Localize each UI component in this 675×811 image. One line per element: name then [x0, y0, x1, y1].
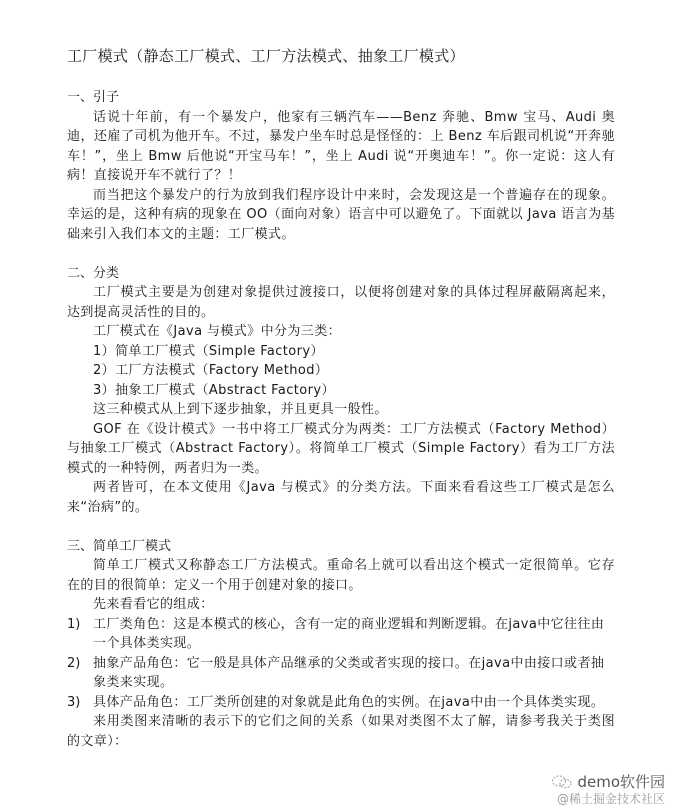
- section-heading: 一、引子: [67, 88, 615, 108]
- list-text: 具体产品角色：工厂类所创建的对象就是此角色的实例。在java中由一个具体类实现。: [93, 693, 615, 713]
- paragraph: 话说十年前，有一个暴发户，他家有三辆汽车——Benz 奔驰、Bmw 宝马、Aud…: [67, 108, 615, 186]
- section-heading: 二、分类: [67, 264, 615, 284]
- spacer: [67, 244, 615, 264]
- section-heading: 三、简单工厂模式: [67, 537, 615, 557]
- watermark-brand-row: demo软件园: [551, 773, 665, 791]
- spacer: [67, 517, 615, 537]
- paragraph: 简单工厂模式又称静态工厂方法模式。重命名上就可以看出这个模式一定很简单。它存在的…: [67, 556, 615, 595]
- paragraph: 这三种模式从上到下逐步抽象，并且更具一般性。: [67, 400, 615, 420]
- list-text: 工厂类角色：这是本模式的核心，含有一定的商业逻辑和判断逻辑。在java中它往往由…: [93, 615, 615, 654]
- document-title: 工厂模式（静态工厂模式、工厂方法模式、抽象工厂模式）: [67, 45, 615, 67]
- watermark-brand: demo软件园: [577, 773, 665, 791]
- category-item: 2）工厂方法模式（Factory Method）: [67, 361, 615, 381]
- numbered-list-item: 2) 抽象产品角色：它一般是具体产品继承的父类或者实现的接口。在java中由接口…: [67, 654, 615, 693]
- numbered-list-item: 1) 工厂类角色：这是本模式的核心，含有一定的商业逻辑和判断逻辑。在java中它…: [67, 615, 615, 654]
- list-text: 抽象产品角色：它一般是具体产品继承的父类或者实现的接口。在java中由接口或者抽…: [93, 654, 615, 693]
- wechat-icon: [551, 775, 573, 789]
- section-simple-factory: 三、简单工厂模式 简单工厂模式又称静态工厂方法模式。重命名上就可以看出这个模式一…: [67, 537, 615, 752]
- numbered-list-item: 3) 具体产品角色：工厂类所创建的对象就是此角色的实例。在java中由一个具体类…: [67, 693, 615, 713]
- paragraph: 工厂模式主要是为创建对象提供过渡接口，以便将创建对象的具体过程屏蔽隔离起来，达到…: [67, 283, 615, 322]
- watermark: demo软件园 @稀土掘金技术社区: [551, 773, 665, 807]
- paragraph: 两者皆可，在本文使用《Java 与模式》的分类方法。下面来看看这些工厂模式是怎么…: [67, 478, 615, 517]
- category-item: 1）简单工厂模式（Simple Factory）: [67, 342, 615, 362]
- paragraph: 而当把这个暴发户的行为放到我们程序设计中来时，会发现这是一个普遍存在的现象。幸运…: [67, 186, 615, 245]
- watermark-source: @稀土掘金技术社区: [551, 791, 665, 807]
- section-intro: 一、引子 话说十年前，有一个暴发户，他家有三辆汽车——Benz 奔驰、Bmw 宝…: [67, 88, 615, 244]
- paragraph: GOF 在《设计模式》一书中将工厂模式分为两类：工厂方法模式（Factory M…: [67, 420, 615, 479]
- list-number: 1): [67, 615, 93, 654]
- paragraph: 先来看看它的组成：: [67, 595, 615, 615]
- list-number: 3): [67, 693, 93, 713]
- paragraph: 工厂模式在《Java 与模式》中分为三类：: [67, 322, 615, 342]
- document-page: 工厂模式（静态工厂模式、工厂方法模式、抽象工厂模式） 一、引子 话说十年前，有一…: [67, 45, 615, 751]
- list-number: 2): [67, 654, 93, 693]
- paragraph: 来用类图来清晰的表示下的它们之间的关系（如果对类图不太了解，请参考我关于类图的文…: [67, 712, 615, 751]
- category-item: 3）抽象工厂模式（Abstract Factory）: [67, 381, 615, 401]
- section-classification: 二、分类 工厂模式主要是为创建对象提供过渡接口，以便将创建对象的具体过程屏蔽隔离…: [67, 264, 615, 518]
